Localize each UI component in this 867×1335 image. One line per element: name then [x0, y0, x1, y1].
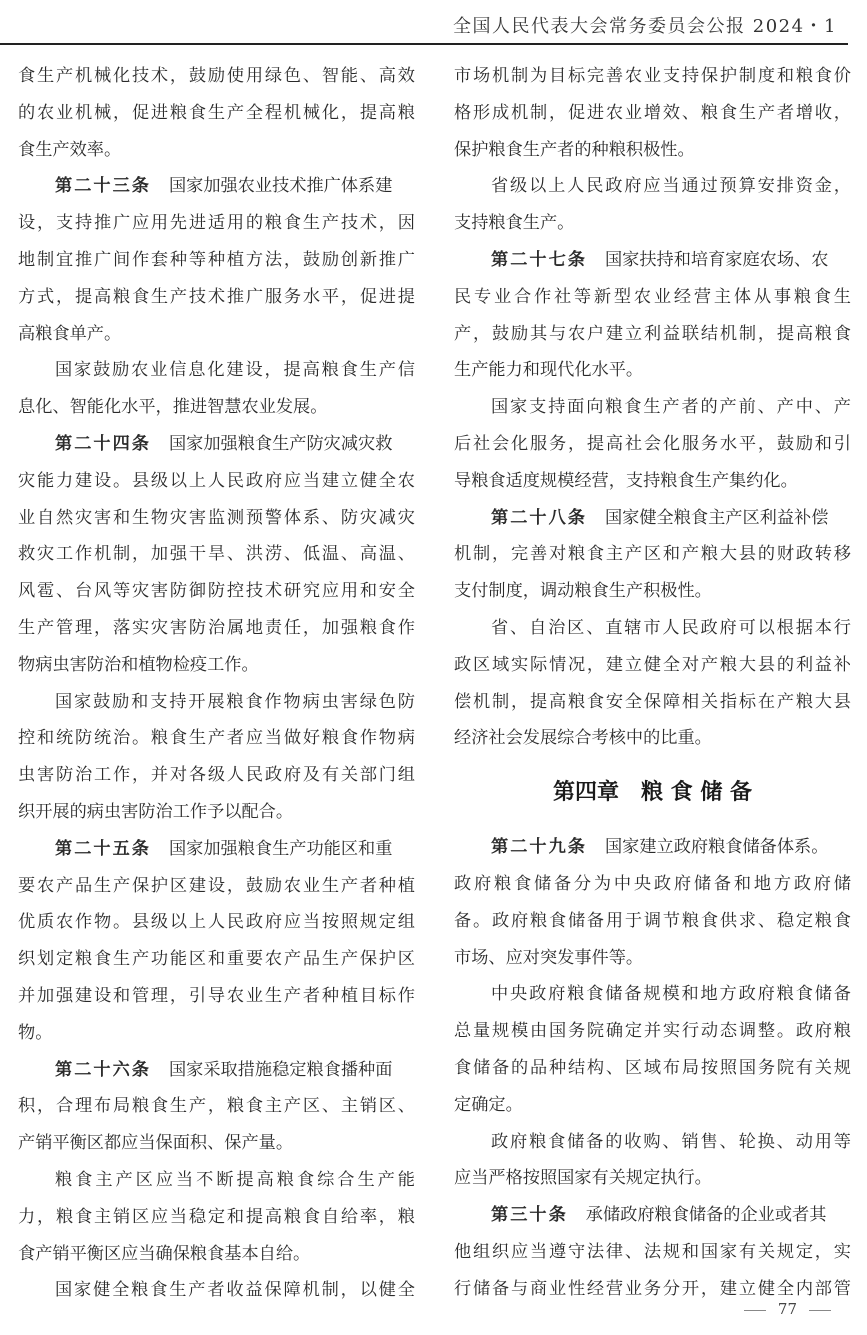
- page-footer: 77: [732, 1300, 843, 1318]
- text-line: 省、自治区、直辖市人民政府可以根据本行: [454, 610, 851, 647]
- text-line: 食储备的品种结构、区域布局按照国务院有关规: [454, 1050, 851, 1087]
- text-line: 总量规模由国务院确定并实行动态调整。政府粮: [454, 1013, 851, 1050]
- text-line: 生产管理，落实灾害防治属地责任，加强粮食作: [18, 610, 415, 647]
- footer-dash-left: [744, 1310, 766, 1311]
- text-line: 第二十六条国家采取措施稳定粮食播种面: [18, 1052, 415, 1089]
- paragraph: 国家健全粮食生产者收益保障机制，以健全: [18, 1272, 415, 1309]
- text-line: 产，鼓励其与农户建立利益联结机制，提高粮食: [454, 316, 851, 353]
- text-line: 国家支持面向粮食生产者的产前、产中、产: [454, 389, 851, 426]
- paragraph: 粮食主产区应当不断提高粮食综合生产能力，粮食主销区应当稳定和提高粮食自给率，粮食…: [18, 1162, 415, 1272]
- text-line: 方式，提高粮食生产技术推广服务水平，促进提: [18, 279, 415, 316]
- article-number: 第三十条: [491, 1205, 568, 1225]
- article-number: 第二十四条: [55, 434, 151, 454]
- text-line: 生产能力和现代化水平。: [454, 352, 851, 389]
- text-line: 食生产机械化技术，鼓励使用绿色、智能、高效: [18, 58, 415, 95]
- text-line: 应当严格按照国家有关规定执行。: [454, 1160, 851, 1197]
- text-line: 灾能力建设。县级以上人民政府应当建立健全农: [18, 463, 415, 500]
- article-number: 第二十六条: [55, 1060, 151, 1080]
- article-text: 国家加强粮食生产功能区和重: [169, 839, 392, 859]
- text-line: 机制，完善对粮食主产区和产粮大县的财政转移: [454, 536, 851, 573]
- right-column: 市场机制为目标完善农业支持保护制度和粮食价格形成机制，促进农业增效、粮食生产者增…: [454, 58, 851, 1308]
- article-paragraph: 第二十八条国家健全粮食主产区利益补偿机制，完善对粮食主产区和产粮大县的财政转移支…: [454, 500, 851, 610]
- text-line: 积，合理布局粮食生产，粮食主产区、主销区、: [18, 1088, 415, 1125]
- text-line: 经济社会发展综合考核中的比重。: [454, 720, 851, 757]
- article-paragraph: 第二十三条国家加强农业技术推广体系建设，支持推广应用先进适用的粮食生产技术，因地…: [18, 168, 415, 352]
- article-text: 国家扶持和培育家庭农场、农: [605, 250, 828, 270]
- article-paragraph: 第二十六条国家采取措施稳定粮食播种面积，合理布局粮食生产，粮食主产区、主销区、产…: [18, 1052, 415, 1162]
- text-line: 第二十八条国家健全粮食主产区利益补偿: [454, 500, 851, 537]
- text-line: 政府粮食储备的收购、销售、轮换、动用等: [454, 1124, 851, 1161]
- paragraph: 国家支持面向粮食生产者的产前、产中、产后社会化服务，提高社会化服务水平，鼓励和引…: [454, 389, 851, 499]
- article-text: 国家健全粮食主产区利益补偿: [605, 508, 828, 528]
- text-line: 第三十条承储政府粮食储备的企业或者其: [454, 1197, 851, 1234]
- text-line: 要农产品生产保护区建设，鼓励农业生产者种植: [18, 868, 415, 905]
- text-line: 粮食主产区应当不断提高粮食综合生产能: [18, 1162, 415, 1199]
- left-column: 食生产机械化技术，鼓励使用绿色、智能、高效的农业机械，促进粮食生产全程机械化，提…: [18, 58, 415, 1309]
- text-line: 高粮食单产。: [18, 316, 415, 353]
- article-paragraph: 第二十九条国家建立政府粮食储备体系。政府粮食储备分为中央政府储备和地方政府储备。…: [454, 829, 851, 976]
- text-line: 产销平衡区都应当保面积、保产量。: [18, 1125, 415, 1162]
- text-line: 政府粮食储备分为中央政府储备和地方政府储: [454, 866, 851, 903]
- paragraph: 中央政府粮食储备规模和地方政府粮食储备总量规模由国务院确定并实行动态调整。政府粮…: [454, 976, 851, 1123]
- text-line: 的农业机械，促进粮食生产全程机械化，提高粮: [18, 95, 415, 132]
- article-text: 国家加强农业技术推广体系建: [169, 176, 392, 196]
- text-line: 第二十七条国家扶持和培育家庭农场、农: [454, 242, 851, 279]
- text-line: 备。政府粮食储备用于调节粮食供求、稳定粮食: [454, 903, 851, 940]
- text-line: 国家鼓励和支持开展粮食作物病虫害绿色防: [18, 684, 415, 721]
- text-line: 地制宜推广间作套种等种植方法，鼓励创新推广: [18, 242, 415, 279]
- text-line: 定确定。: [454, 1087, 851, 1124]
- text-line: 保护粮食生产者的种粮积极性。: [454, 132, 851, 169]
- text-line: 力，粮食主销区应当稳定和提高粮食自给率，粮: [18, 1199, 415, 1236]
- page-number: 77: [778, 1300, 797, 1318]
- text-line: 省级以上人民政府应当通过预算安排资金，: [454, 168, 851, 205]
- text-line: 风雹、台风等灾害防御防控技术研究应用和安全: [18, 573, 415, 610]
- text-line: 物。: [18, 1015, 415, 1052]
- article-text: 国家建立政府粮食储备体系。: [605, 837, 828, 857]
- article-number: 第二十七条: [491, 250, 587, 270]
- chapter-number: 第四章: [553, 780, 619, 805]
- paragraph: 市场机制为目标完善农业支持保护制度和粮食价格形成机制，促进农业增效、粮食生产者增…: [454, 58, 851, 168]
- paragraph: 省、自治区、直辖市人民政府可以根据本行政区域实际情况，建立健全对产粮大县的利益补…: [454, 610, 851, 757]
- text-line: 格形成机制，促进农业增效、粮食生产者增收，: [454, 95, 851, 132]
- paragraph: 国家鼓励农业信息化建设，提高粮食生产信息化、智能化水平，推进智慧农业发展。: [18, 352, 415, 426]
- text-line: 支付制度，调动粮食生产积极性。: [454, 573, 851, 610]
- text-line: 国家健全粮食生产者收益保障机制，以健全: [18, 1272, 415, 1309]
- page-header: 全国人民代表大会常务委员会公报 2024・1: [0, 0, 867, 45]
- article-number: 第二十三条: [55, 176, 151, 196]
- text-line: 中央政府粮食储备规模和地方政府粮食储备: [454, 976, 851, 1013]
- header-rule: [0, 43, 848, 45]
- text-line: 后社会化服务，提高社会化服务水平，鼓励和引: [454, 426, 851, 463]
- text-line: 织开展的病虫害防治工作予以配合。: [18, 794, 415, 831]
- text-line: 食生产效率。: [18, 132, 415, 169]
- paragraph: 政府粮食储备的收购、销售、轮换、动用等应当严格按照国家有关规定执行。: [454, 1124, 851, 1198]
- text-line: 物病虫害防治和植物检疫工作。: [18, 647, 415, 684]
- text-line: 第二十四条国家加强粮食生产防灾减灾救: [18, 426, 415, 463]
- footer-dash-right: [809, 1310, 831, 1311]
- article-text: 承储政府粮食储备的企业或者其: [586, 1205, 827, 1225]
- text-line: 第二十五条国家加强粮食生产功能区和重: [18, 831, 415, 868]
- text-line: 食产销平衡区应当确保粮食基本自给。: [18, 1236, 415, 1273]
- text-line: 织划定粮食生产功能区和重要农产品生产保护区: [18, 941, 415, 978]
- text-line: 民专业合作社等新型农业经营主体从事粮食生: [454, 279, 851, 316]
- text-line: 设，支持推广应用先进适用的粮食生产技术，因: [18, 205, 415, 242]
- text-line: 第二十九条国家建立政府粮食储备体系。: [454, 829, 851, 866]
- article-text: 国家采取措施稳定粮食播种面: [169, 1060, 392, 1080]
- text-line: 虫害防治工作，并对各级人民政府及有关部门组: [18, 757, 415, 794]
- text-line: 支持粮食生产。: [454, 205, 851, 242]
- text-line: 市场机制为目标完善农业支持保护制度和粮食价: [454, 58, 851, 95]
- text-line: 政区域实际情况，建立健全对产粮大县的利益补: [454, 647, 851, 684]
- text-line: 市场、应对突发事件等。: [454, 940, 851, 977]
- publication-title: 全国人民代表大会常务委员会公报 2024・1: [453, 12, 837, 38]
- text-line: 第二十三条国家加强农业技术推广体系建: [18, 168, 415, 205]
- text-line: 控和统防统治。粮食生产者应当做好粮食作物病: [18, 720, 415, 757]
- chapter-title: 粮 食 储 备: [641, 780, 752, 805]
- paragraph: 国家鼓励和支持开展粮食作物病虫害绿色防控和统防统治。粮食生产者应当做好粮食作物病…: [18, 684, 415, 831]
- text-line: 国家鼓励农业信息化建设，提高粮食生产信: [18, 352, 415, 389]
- paragraph: 省级以上人民政府应当通过预算安排资金，支持粮食生产。: [454, 168, 851, 242]
- article-paragraph: 第二十五条国家加强粮食生产功能区和重要农产品生产保护区建设，鼓励农业生产者种植优…: [18, 831, 415, 1052]
- chapter-heading: 第四章粮 食 储 备: [454, 757, 851, 829]
- text-line: 优质农作物。县级以上人民政府应当按照规定组: [18, 904, 415, 941]
- text-line: 救灾工作机制，加强干旱、洪涝、低温、高温、: [18, 536, 415, 573]
- text-line: 并加强建设和管理，引导农业生产者种植目标作: [18, 978, 415, 1015]
- text-line: 业自然灾害和生物灾害监测预警体系、防灾减灾: [18, 500, 415, 537]
- article-paragraph: 第三十条承储政府粮食储备的企业或者其他组织应当遵守法律、法规和国家有关规定，实行…: [454, 1197, 851, 1307]
- text-line: 他组织应当遵守法律、法规和国家有关规定，实: [454, 1234, 851, 1271]
- article-number: 第二十九条: [491, 837, 587, 857]
- text-line: 导粮食适度规模经营，支持粮食生产集约化。: [454, 463, 851, 500]
- article-text: 国家加强粮食生产防灾减灾救: [169, 434, 392, 454]
- article-paragraph: 第二十四条国家加强粮食生产防灾减灾救灾能力建设。县级以上人民政府应当建立健全农业…: [18, 426, 415, 684]
- article-number: 第二十八条: [491, 508, 587, 528]
- text-line: 息化、智能化水平，推进智慧农业发展。: [18, 389, 415, 426]
- article-number: 第二十五条: [55, 839, 151, 859]
- article-paragraph: 第二十七条国家扶持和培育家庭农场、农民专业合作社等新型农业经营主体从事粮食生产，…: [454, 242, 851, 389]
- text-line: 偿机制，提高粮食安全保障相关指标在产粮大县: [454, 684, 851, 721]
- paragraph: 食生产机械化技术，鼓励使用绿色、智能、高效的农业机械，促进粮食生产全程机械化，提…: [18, 58, 415, 168]
